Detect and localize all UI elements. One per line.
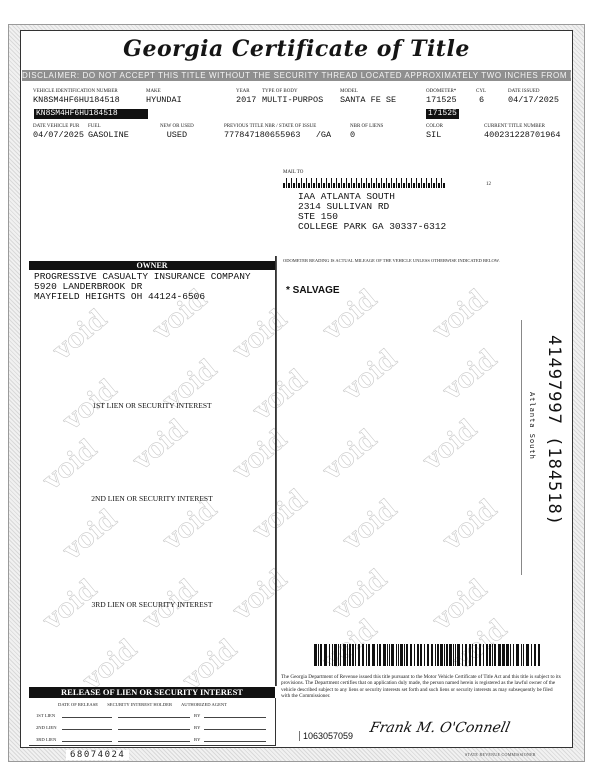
postal-barcode (283, 178, 483, 188)
third-lien-title: 3RD LIEN OR SECURITY INTEREST (29, 600, 275, 609)
release-header: RELEASE OF LIEN OR SECURITY INTEREST (29, 687, 275, 698)
model-value: SANTA FE SE (340, 95, 396, 105)
release-date-line (62, 741, 112, 742)
vin-field: VEHICLE IDENTIFICATION NUMBER KN8SM4HF6H… (33, 89, 120, 105)
cylinders-value: 6 (476, 95, 486, 105)
color-value: SIL (426, 130, 443, 140)
owner-name-address: PROGRESSIVE CASUALTY INSURANCE COMPANY 5… (34, 272, 251, 302)
fuel-field: FUEL GASOLINE (88, 124, 129, 140)
vin-value: KN8SM4HF6HU184518 (33, 95, 120, 105)
number-of-liens-value: 0 (350, 130, 383, 140)
year-value: 2017 (236, 95, 256, 105)
title-barcode (314, 644, 540, 666)
release-date-line (62, 717, 112, 718)
odometer-inverse-block: 171525 (426, 109, 459, 119)
certification-statement: The Georgia Department of Revenue issued… (281, 674, 561, 700)
owner-header: OWNER (29, 261, 275, 270)
body-type-field: TYPE OF BODY MULTI-PURPOS (262, 89, 323, 105)
previous-title-field: PREVIOUS TITLE NBR / STATE OF ISSUE 7778… (224, 124, 331, 140)
release-column-headers: DATE OF RELEASE SECURITY INTEREST HOLDER… (58, 702, 235, 707)
release-row-label: 1ST LIEN (36, 713, 55, 718)
number-of-liens-field: NBR OF LIENS 0 (350, 124, 383, 140)
make-value: HYUNDAI (146, 95, 182, 105)
fuel-value: GASOLINE (88, 130, 129, 140)
col-authorized-agent: AUTHORIZED AGENT (181, 702, 227, 707)
cylinders-field: CYL 6 (476, 89, 486, 105)
new-used-value: USED (160, 130, 194, 140)
color-field: COLOR SIL (426, 124, 443, 140)
brand-section (276, 256, 571, 686)
body-type-value: MULTI-PURPOS (262, 95, 323, 105)
security-disclaimer: DISCLAIMER: DO NOT ACCEPT THIS TITLE WIT… (22, 70, 571, 81)
release-row-label: 2ND LIEN (36, 725, 57, 730)
col-date-of-release: DATE OF RELEASE (58, 702, 98, 707)
previous-title-value: 777847180655963 (224, 130, 301, 140)
postal-barcode-suffix: 12 (486, 182, 491, 188)
commissioner-signature: Frank M. O'Connell (368, 720, 511, 736)
date-issued-field: DATE ISSUED 04/17/2025 (508, 89, 559, 105)
odometer-value: 171525 (426, 95, 457, 105)
date-issued-value: 04/17/2025 (508, 95, 559, 105)
mail-to-label: MAIL TO (283, 170, 303, 176)
release-date-line (62, 729, 112, 730)
mailing-address: IAA ATLANTA SOUTH 2314 SULLIVAN RD STE 1… (298, 192, 446, 232)
first-lien-title: 1ST LIEN OR SECURITY INTEREST (29, 401, 275, 410)
document-number: 1063057059 (299, 731, 353, 741)
release-holder-line (118, 717, 190, 718)
control-serial-number: 68074024 (66, 750, 129, 760)
current-title-field: CURRENT TITLE NUMBER 400231228701964 (484, 124, 561, 140)
release-agent-line (204, 717, 266, 718)
new-used-field: NEW OR USED USED (160, 124, 194, 140)
document-title: Georgia Certificate of Title (0, 36, 593, 62)
release-agent-line (204, 741, 266, 742)
release-holder-line (118, 729, 190, 730)
second-lien-title: 2ND LIEN OR SECURITY INTEREST (29, 494, 275, 503)
make-field: MAKE HYUNDAI (146, 89, 182, 105)
release-holder-line (118, 741, 190, 742)
date-purchased-field: DATE VEHICLE PUR 04/07/2025 (33, 124, 84, 140)
col-security-interest-holder: SECURITY INTEREST HOLDER (107, 702, 172, 707)
commissioner-title: STATE REVENUE COMMISSIONER (465, 752, 536, 757)
stamp-divider (521, 320, 522, 575)
stamp-location: Atlanta South (528, 392, 536, 460)
model-field: MODEL SANTA FE SE (340, 89, 396, 105)
odometer-note: ODOMETER READING IS ACTUAL MILEAGE OF TH… (283, 258, 500, 263)
odometer-field: ODOMETER* 171525 (426, 89, 457, 105)
release-agent-line (204, 729, 266, 730)
date-purchased-value: 04/07/2025 (33, 130, 84, 140)
vin-inverse-block: KN8SM4HF6HU184518 (34, 109, 148, 119)
stamp-number: 41497997 (184518) (544, 335, 564, 526)
release-row-label: 3RD LIEN (36, 737, 56, 742)
previous-title-state: /GA (316, 130, 331, 140)
current-title-value: 400231228701964 (484, 130, 561, 140)
owner-section (29, 256, 276, 686)
year-field: YEAR 2017 (236, 89, 256, 105)
salvage-brand: * SALVAGE (286, 285, 340, 296)
